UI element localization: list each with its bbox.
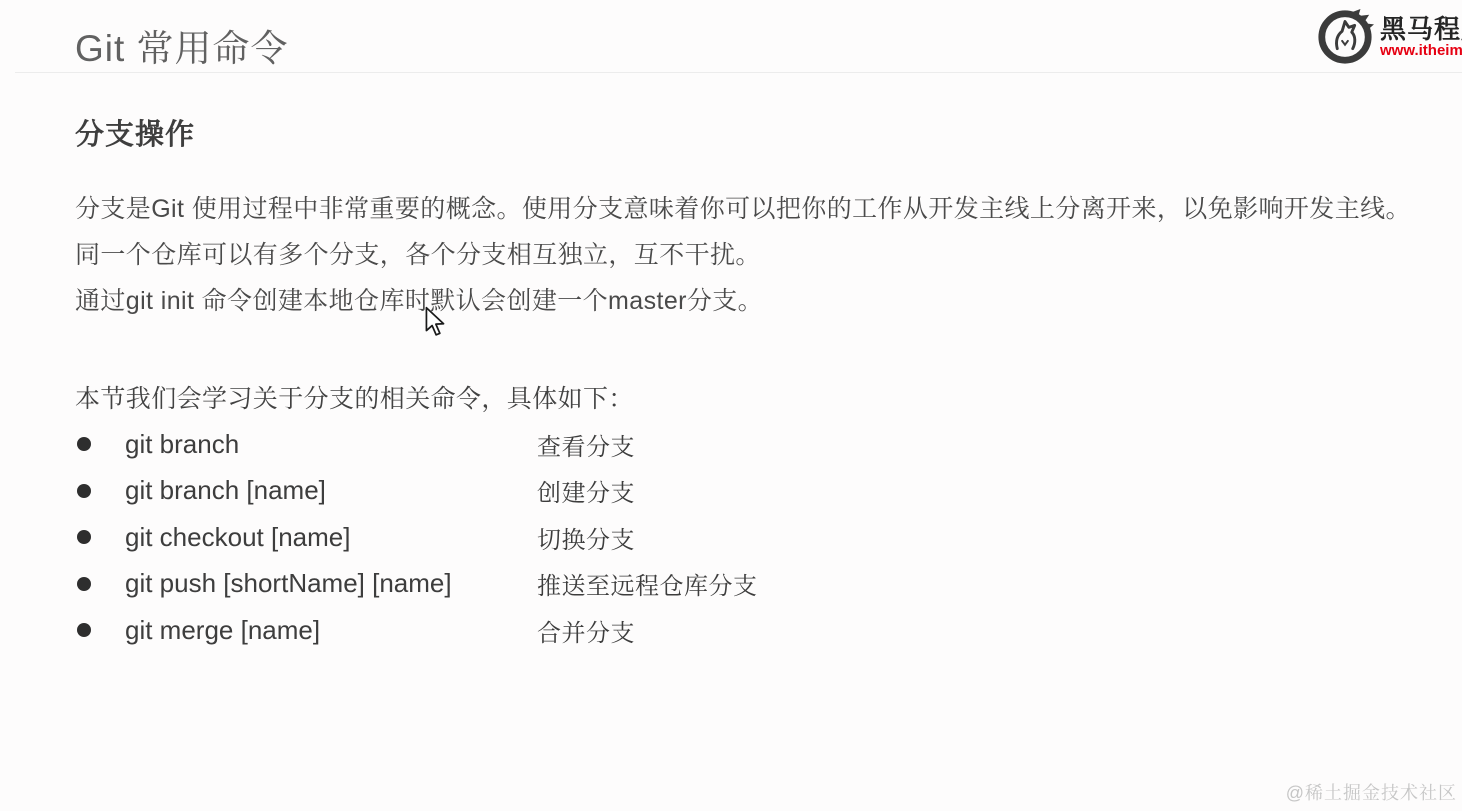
paragraph-line-2: 同一个仓库可以有多个分支，各个分支相互独立，互不干扰。 (75, 232, 1411, 278)
command-description: 切换分支 (537, 520, 635, 555)
section-heading: 分支操作 (75, 112, 195, 153)
command-description: 合并分支 (537, 613, 635, 648)
command-description: 创建分支 (537, 473, 635, 508)
list-item: git branch [name] 创建分支 (75, 468, 758, 515)
logo-brand-text: 黑马程序员 (1380, 15, 1462, 43)
list-item: git checkout [name] 切换分支 (75, 514, 758, 561)
itheima-logo: 黑马程序员 www.itheima.com (1316, 8, 1462, 66)
intro-paragraph: 分支是Git 使用过程中非常重要的概念。使用分支意味着你可以把你的工作从开发主线… (75, 186, 1411, 324)
page-title: Git 常用命令 (75, 18, 289, 72)
command-text: git merge [name] (125, 615, 537, 646)
watermark-text: @稀土掘金技术社区 (1286, 779, 1457, 805)
command-text: git branch (125, 429, 537, 460)
command-text: git push [shortName] [name] (125, 568, 537, 599)
logo-url-text: www.itheima.com (1380, 43, 1462, 59)
slide-page: Git 常用命令 黑马程序员 www.itheima.com 分支操作 分支是G… (0, 0, 1462, 811)
list-intro-text: 本节我们会学习关于分支的相关命令，具体如下： (75, 379, 634, 415)
command-text: git branch [name] (125, 475, 537, 506)
list-item: git merge [name] 合并分支 (75, 607, 758, 654)
paragraph-line-1: 分支是Git 使用过程中非常重要的概念。使用分支意味着你可以把你的工作从开发主线… (75, 186, 1411, 232)
horse-logo-icon (1316, 8, 1374, 66)
list-item: git branch 查看分支 (75, 421, 758, 468)
bullet-icon (77, 623, 91, 637)
title-divider (15, 72, 1462, 73)
bullet-icon (77, 437, 91, 451)
bullet-icon (77, 484, 91, 498)
bullet-icon (77, 577, 91, 591)
command-description: 推送至远程仓库分支 (537, 566, 758, 601)
command-description: 查看分支 (537, 427, 635, 462)
command-list: git branch 查看分支 git branch [name] 创建分支 g… (75, 421, 758, 654)
list-item: git push [shortName] [name] 推送至远程仓库分支 (75, 561, 758, 608)
paragraph-line-3: 通过git init 命令创建本地仓库时默认会创建一个master分支。 (75, 278, 1411, 324)
command-text: git checkout [name] (125, 522, 537, 553)
bullet-icon (77, 530, 91, 544)
